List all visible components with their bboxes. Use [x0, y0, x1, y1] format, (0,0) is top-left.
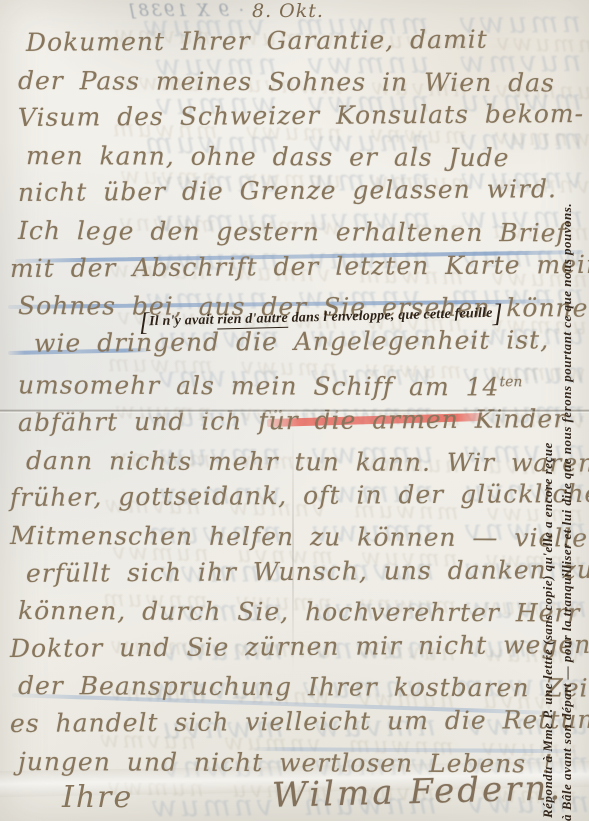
signature: Wilma Federn. [272, 768, 564, 816]
superscript-ten: ten [499, 374, 522, 390]
annotation-text: dans l'enveloppe, que cette feuille [288, 306, 493, 326]
letter-line: Doktor und Sie zürnen mir nicht wegen [10, 626, 585, 668]
letter-line: nicht über die Grenze gelassen wird. [10, 170, 585, 212]
open-bracket: [ [139, 307, 150, 336]
letter-line: Visum des Schweizer Konsulats bekom- [10, 95, 585, 137]
annotation-underlined-phrase: rien d'autre [217, 311, 288, 330]
letter-date: 8. Okt. [252, 0, 324, 22]
close-bracket: ] [492, 299, 503, 328]
mirrored-date-stamp: · 9 X 1938] [4, 1, 244, 21]
annotation-text: Il n'y avait [149, 313, 218, 330]
closing-ihre: Ihre [62, 780, 133, 815]
letter-line: abfährt und ich für die armen Kinder [10, 400, 585, 442]
horizontal-fold-crease [0, 409, 589, 413]
handwritten-letter-scan: nmuwv mnwum vnmuw nuvmw unmwv nmvuw mwnv… [0, 0, 589, 821]
margin-annotation-line-1: Répondu à Mme P. une lettre (sans copie)… [540, 442, 556, 818]
letter-line: Dokument Ihrer Garantie, damit [10, 20, 585, 62]
letter-line: es handelt sich vielleicht um die Rettun… [10, 701, 585, 743]
margin-annotation-line-2: à Bâle avant son départ — pour la tranqu… [559, 203, 575, 821]
letter-line: erfüllt sich ihr Wunsch, uns danken zu [10, 551, 585, 593]
letter-line: mit der Abschrift der letzten Karte mein… [10, 246, 585, 288]
letter-body: Dokument Ihrer Garantie, damit der Pass … [10, 24, 585, 780]
letter-line: früher, gottseidank, oft in der glücklic… [10, 475, 585, 517]
vertical-fold-crease [292, 424, 294, 674]
letter-line-text: umsomehr als mein Schiff am 14 [18, 371, 500, 402]
